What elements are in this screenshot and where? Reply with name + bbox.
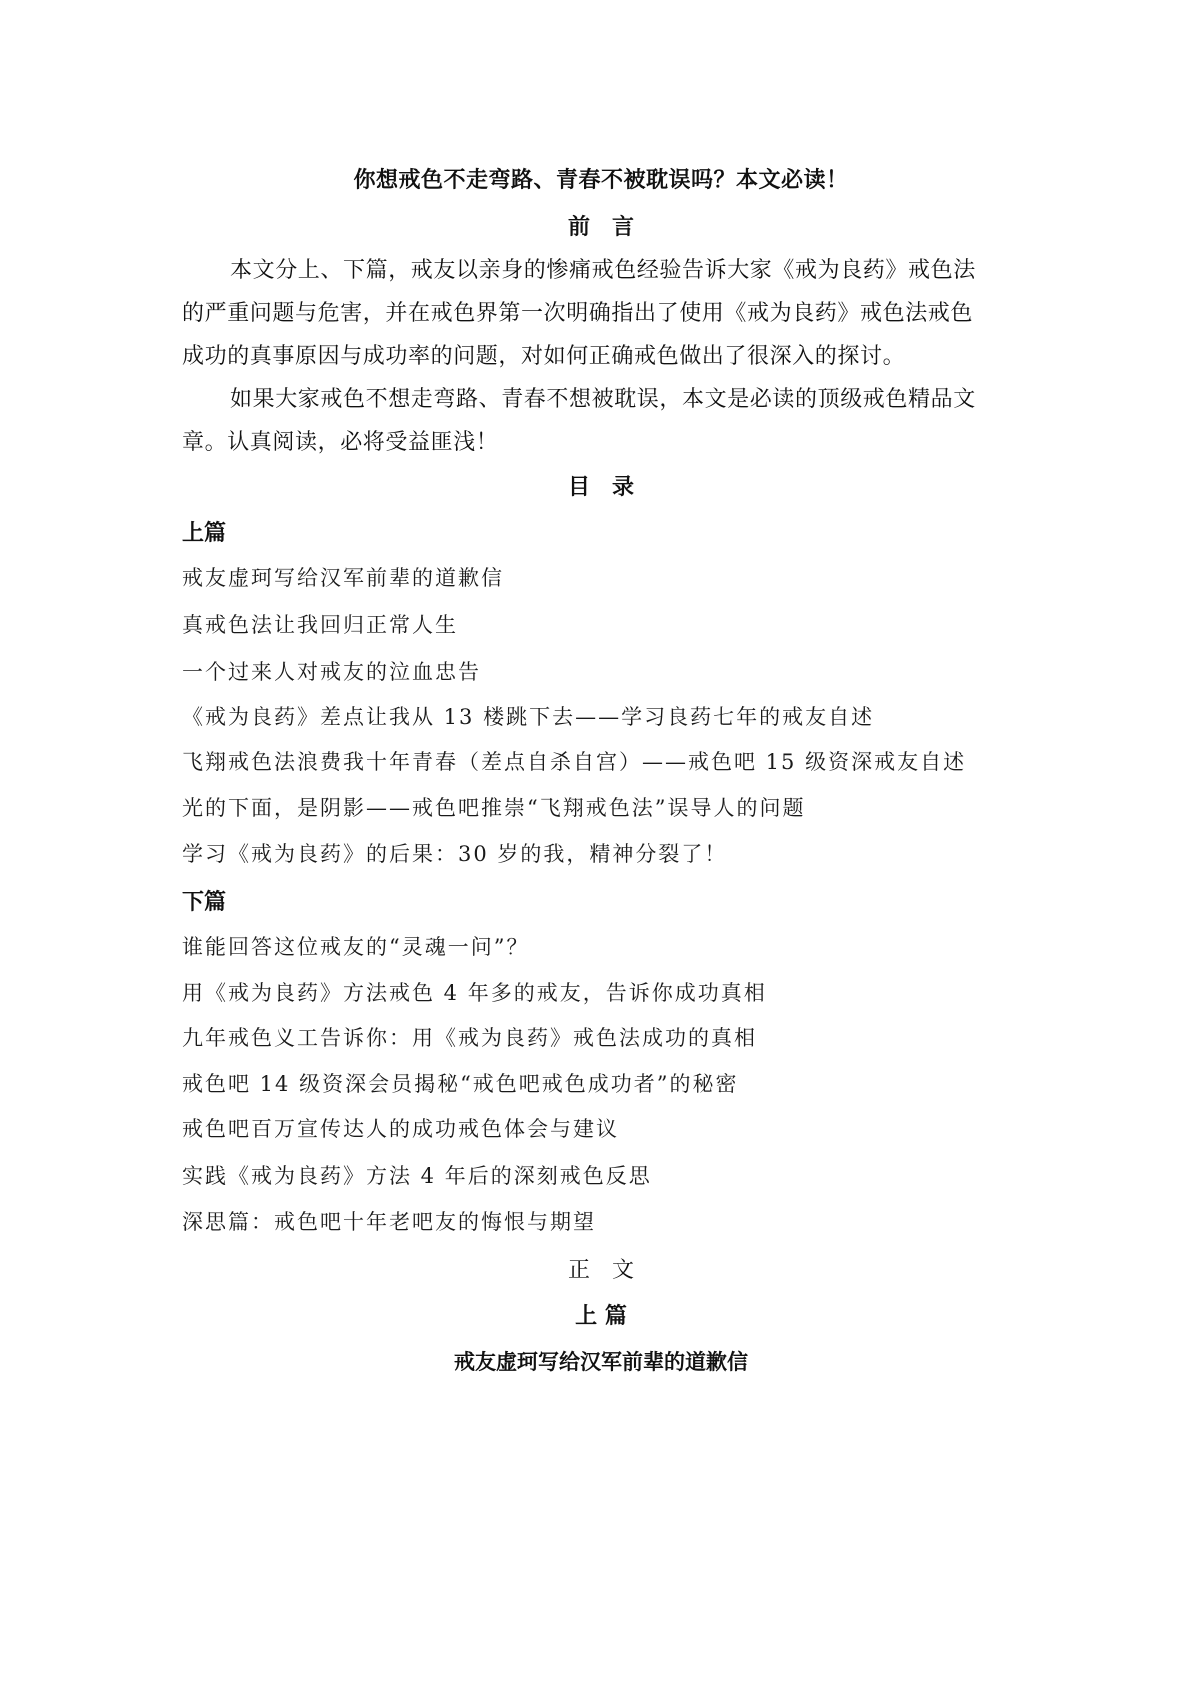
toc-item[interactable]: 学习《戒为良药》的后果：30 岁的我，精神分裂了！: [182, 838, 727, 868]
preface-paragraph-2-line-1: 如果大家戒色不想走弯路、青春不想被耽误，本文是必读的顶级戒色精品文: [230, 382, 976, 413]
toc-part-two-label: 下篇: [182, 885, 226, 916]
toc-part-one-label: 上篇: [182, 516, 226, 547]
document-title: 你想戒色不走弯路、青春不被耽误吗？本文必读！: [182, 163, 1020, 194]
toc-item[interactable]: 一个过来人对戒友的泣血忠告: [182, 656, 481, 686]
toc-item[interactable]: 《戒为良药》差点让我从 13 楼跳下去——学习良药七年的戒友自述: [182, 701, 874, 731]
toc-item[interactable]: 光的下面，是阴影——戒色吧推崇“飞翔戒色法”误导人的问题: [182, 792, 805, 822]
toc-item[interactable]: 戒友虚珂写给汉军前辈的道歉信: [182, 562, 504, 592]
toc-item[interactable]: 真戒色法让我回归正常人生: [182, 609, 458, 639]
main-text-heading: 正 文: [182, 1253, 1020, 1284]
preface-paragraph-1-line-2: 的严重问题与危害，并在戒色界第一次明确指出了使用《戒为良药》戒色法戒色: [182, 296, 973, 327]
part-one-heading: 上 篇: [182, 1299, 1020, 1330]
preface-paragraph-2-line-2: 章。认真阅读，必将受益匪浅！: [182, 425, 498, 456]
preface-heading: 前 言: [182, 210, 1020, 241]
toc-item[interactable]: 戒色吧 14 级资深会员揭秘“戒色吧戒色成功者”的秘密: [182, 1068, 739, 1098]
toc-item[interactable]: 实践《戒为良药》方法 4 年后的深刻戒色反思: [182, 1160, 652, 1190]
toc-item[interactable]: 九年戒色义工告诉你：用《戒为良药》戒色法成功的真相: [182, 1022, 757, 1052]
preface-paragraph-1-line-3: 成功的真事原因与成功率的问题，对如何正确戒色做出了很深入的探讨。: [182, 339, 905, 370]
toc-item[interactable]: 深思篇：戒色吧十年老吧友的悔恨与期望: [182, 1206, 596, 1236]
toc-item[interactable]: 飞翔戒色法浪费我十年青春（差点自杀自宫）——戒色吧 15 级资深戒友自述: [182, 746, 966, 776]
article-title: 戒友虚珂写给汉军前辈的道歉信: [182, 1346, 1020, 1376]
toc-heading: 目 录: [182, 470, 1020, 501]
preface-paragraph-1-line-1: 本文分上、下篇，戒友以亲身的惨痛戒色经验告诉大家《戒为良药》戒色法: [230, 253, 976, 284]
toc-item[interactable]: 谁能回答这位戒友的“灵魂一问”？: [182, 931, 529, 961]
toc-item[interactable]: 戒色吧百万宣传达人的成功戒色体会与建议: [182, 1113, 619, 1143]
toc-item[interactable]: 用《戒为良药》方法戒色 4 年多的戒友，告诉你成功真相: [182, 977, 767, 1007]
